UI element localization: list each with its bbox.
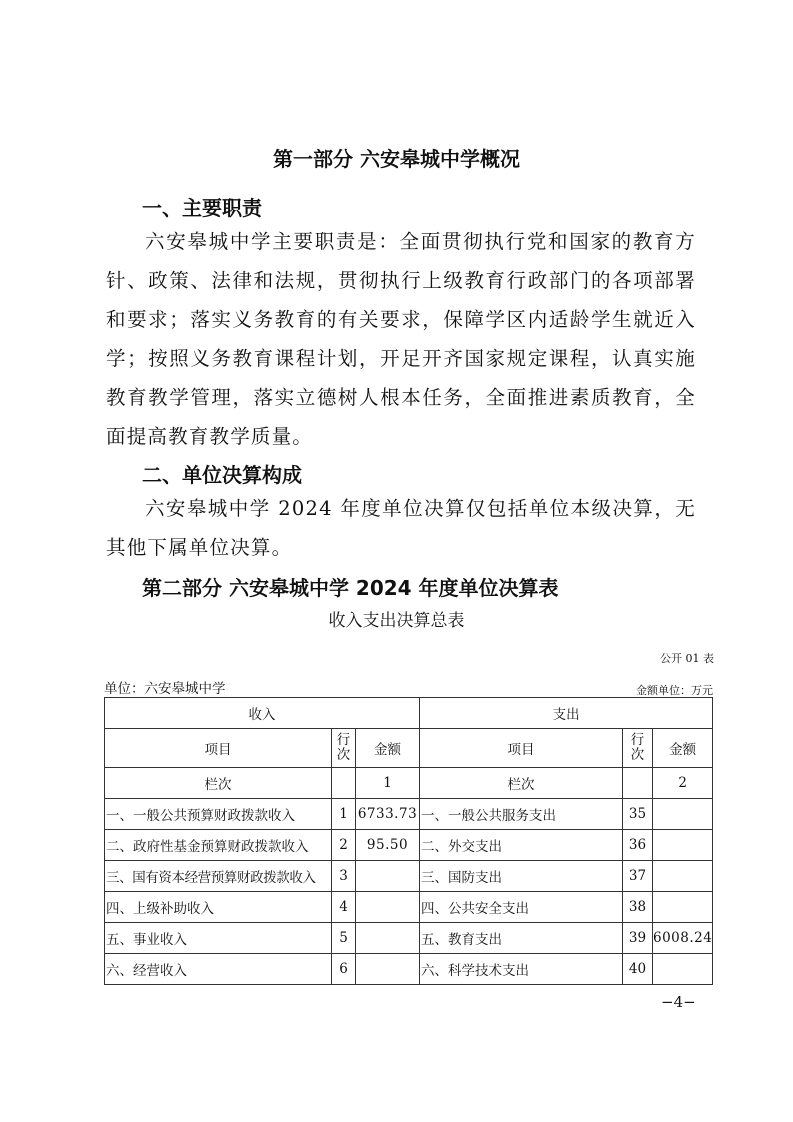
expense-amount (653, 861, 713, 892)
expense-amount-header: 金额 (653, 729, 713, 768)
income-row: 3 (332, 861, 356, 892)
table-column-header-row: 项目 行次 金额 项目 行次 金额 (105, 729, 713, 768)
expense-amount: 6008.24 (653, 923, 713, 954)
expense-item-header: 项目 (420, 729, 623, 768)
income-amount: 95.50 (356, 830, 420, 861)
part1-title: 第一部分 六安皋城中学概况 (0, 143, 793, 172)
income-amount (356, 892, 420, 923)
table-row: 六、经营收入 6 六、科学技术支出 40 (105, 954, 713, 985)
section2-heading: 二、单位决算构成 (142, 459, 302, 488)
part2-title: 第二部分 六安皋城中学 2024 年度单位决算表 (142, 572, 559, 601)
income-item: 四、上级补助收入 (105, 892, 332, 923)
section1-body: 六安皋城中学主要职责是：全面贯彻执行党和国家的教育方针、政策、法律和法规，贯彻执… (106, 222, 696, 456)
income-row: 1 (332, 799, 356, 830)
income-amount-header: 金额 (356, 729, 420, 768)
income-item: 六、经营收入 (105, 954, 332, 985)
income-row: 2 (332, 830, 356, 861)
income-amount (356, 861, 420, 892)
expense-item: 三、国防支出 (420, 861, 623, 892)
expense-row: 40 (623, 954, 653, 985)
income-header: 收入 (105, 698, 420, 729)
expense-col-index: 2 (653, 768, 713, 799)
section2-body: 六安皋城中学 2024 年度单位决算仅包括单位本级决算，无其他下属单位决算。 (106, 489, 696, 567)
table-group-header-row: 收入 支出 (105, 698, 713, 729)
expense-index-label: 栏次 (420, 768, 623, 799)
income-amount: 6733.73 (356, 799, 420, 830)
income-item-header: 项目 (105, 729, 332, 768)
income-index-label: 栏次 (105, 768, 332, 799)
income-col-index: 1 (356, 768, 420, 799)
expense-row-header: 行次 (623, 729, 653, 768)
expense-row: 37 (623, 861, 653, 892)
amount-unit: 金额单位：万元 (636, 682, 713, 698)
expense-amount (653, 954, 713, 985)
expense-item: 五、教育支出 (420, 923, 623, 954)
expense-item: 一、一般公共服务支出 (420, 799, 623, 830)
income-item: 三、国有资本经营预算财政拨款收入 (105, 861, 332, 892)
income-expense-table: 收入 支出 项目 行次 金额 项目 行次 金额 栏次 1 栏次 2 一、一般公共… (104, 697, 713, 985)
expense-row: 36 (623, 830, 653, 861)
unit-label: 单位：六安皋城中学 (104, 677, 226, 697)
income-amount (356, 923, 420, 954)
expense-amount (653, 799, 713, 830)
income-amount (356, 954, 420, 985)
expense-item: 四、公共安全支出 (420, 892, 623, 923)
expense-row: 35 (623, 799, 653, 830)
income-row: 5 (332, 923, 356, 954)
table-row: 五、事业收入 5 五、教育支出 39 6008.24 (105, 923, 713, 954)
table-row: 三、国有资本经营预算财政拨款收入 3 三、国防支出 37 (105, 861, 713, 892)
table-title: 收入支出决算总表 (0, 606, 793, 631)
page-number: −4− (661, 993, 696, 1011)
expense-row: 39 (623, 923, 653, 954)
income-row: 6 (332, 954, 356, 985)
income-item: 五、事业收入 (105, 923, 332, 954)
expense-item: 二、外交支出 (420, 830, 623, 861)
table-code: 公开 01 表 (660, 650, 714, 666)
expense-amount (653, 830, 713, 861)
section1-heading: 一、主要职责 (142, 192, 262, 221)
expense-header: 支出 (420, 698, 713, 729)
income-row: 4 (332, 892, 356, 923)
table-row: 二、政府性基金预算财政拨款收入 2 95.50 二、外交支出 36 (105, 830, 713, 861)
table-row: 一、一般公共预算财政拨款收入 1 6733.73 一、一般公共服务支出 35 (105, 799, 713, 830)
expense-amount (653, 892, 713, 923)
expense-item: 六、科学技术支出 (420, 954, 623, 985)
expense-row: 38 (623, 892, 653, 923)
table-index-row: 栏次 1 栏次 2 (105, 768, 713, 799)
table-row: 四、上级补助收入 4 四、公共安全支出 38 (105, 892, 713, 923)
income-item: 二、政府性基金预算财政拨款收入 (105, 830, 332, 861)
income-row-header: 行次 (332, 729, 356, 768)
income-item: 一、一般公共预算财政拨款收入 (105, 799, 332, 830)
